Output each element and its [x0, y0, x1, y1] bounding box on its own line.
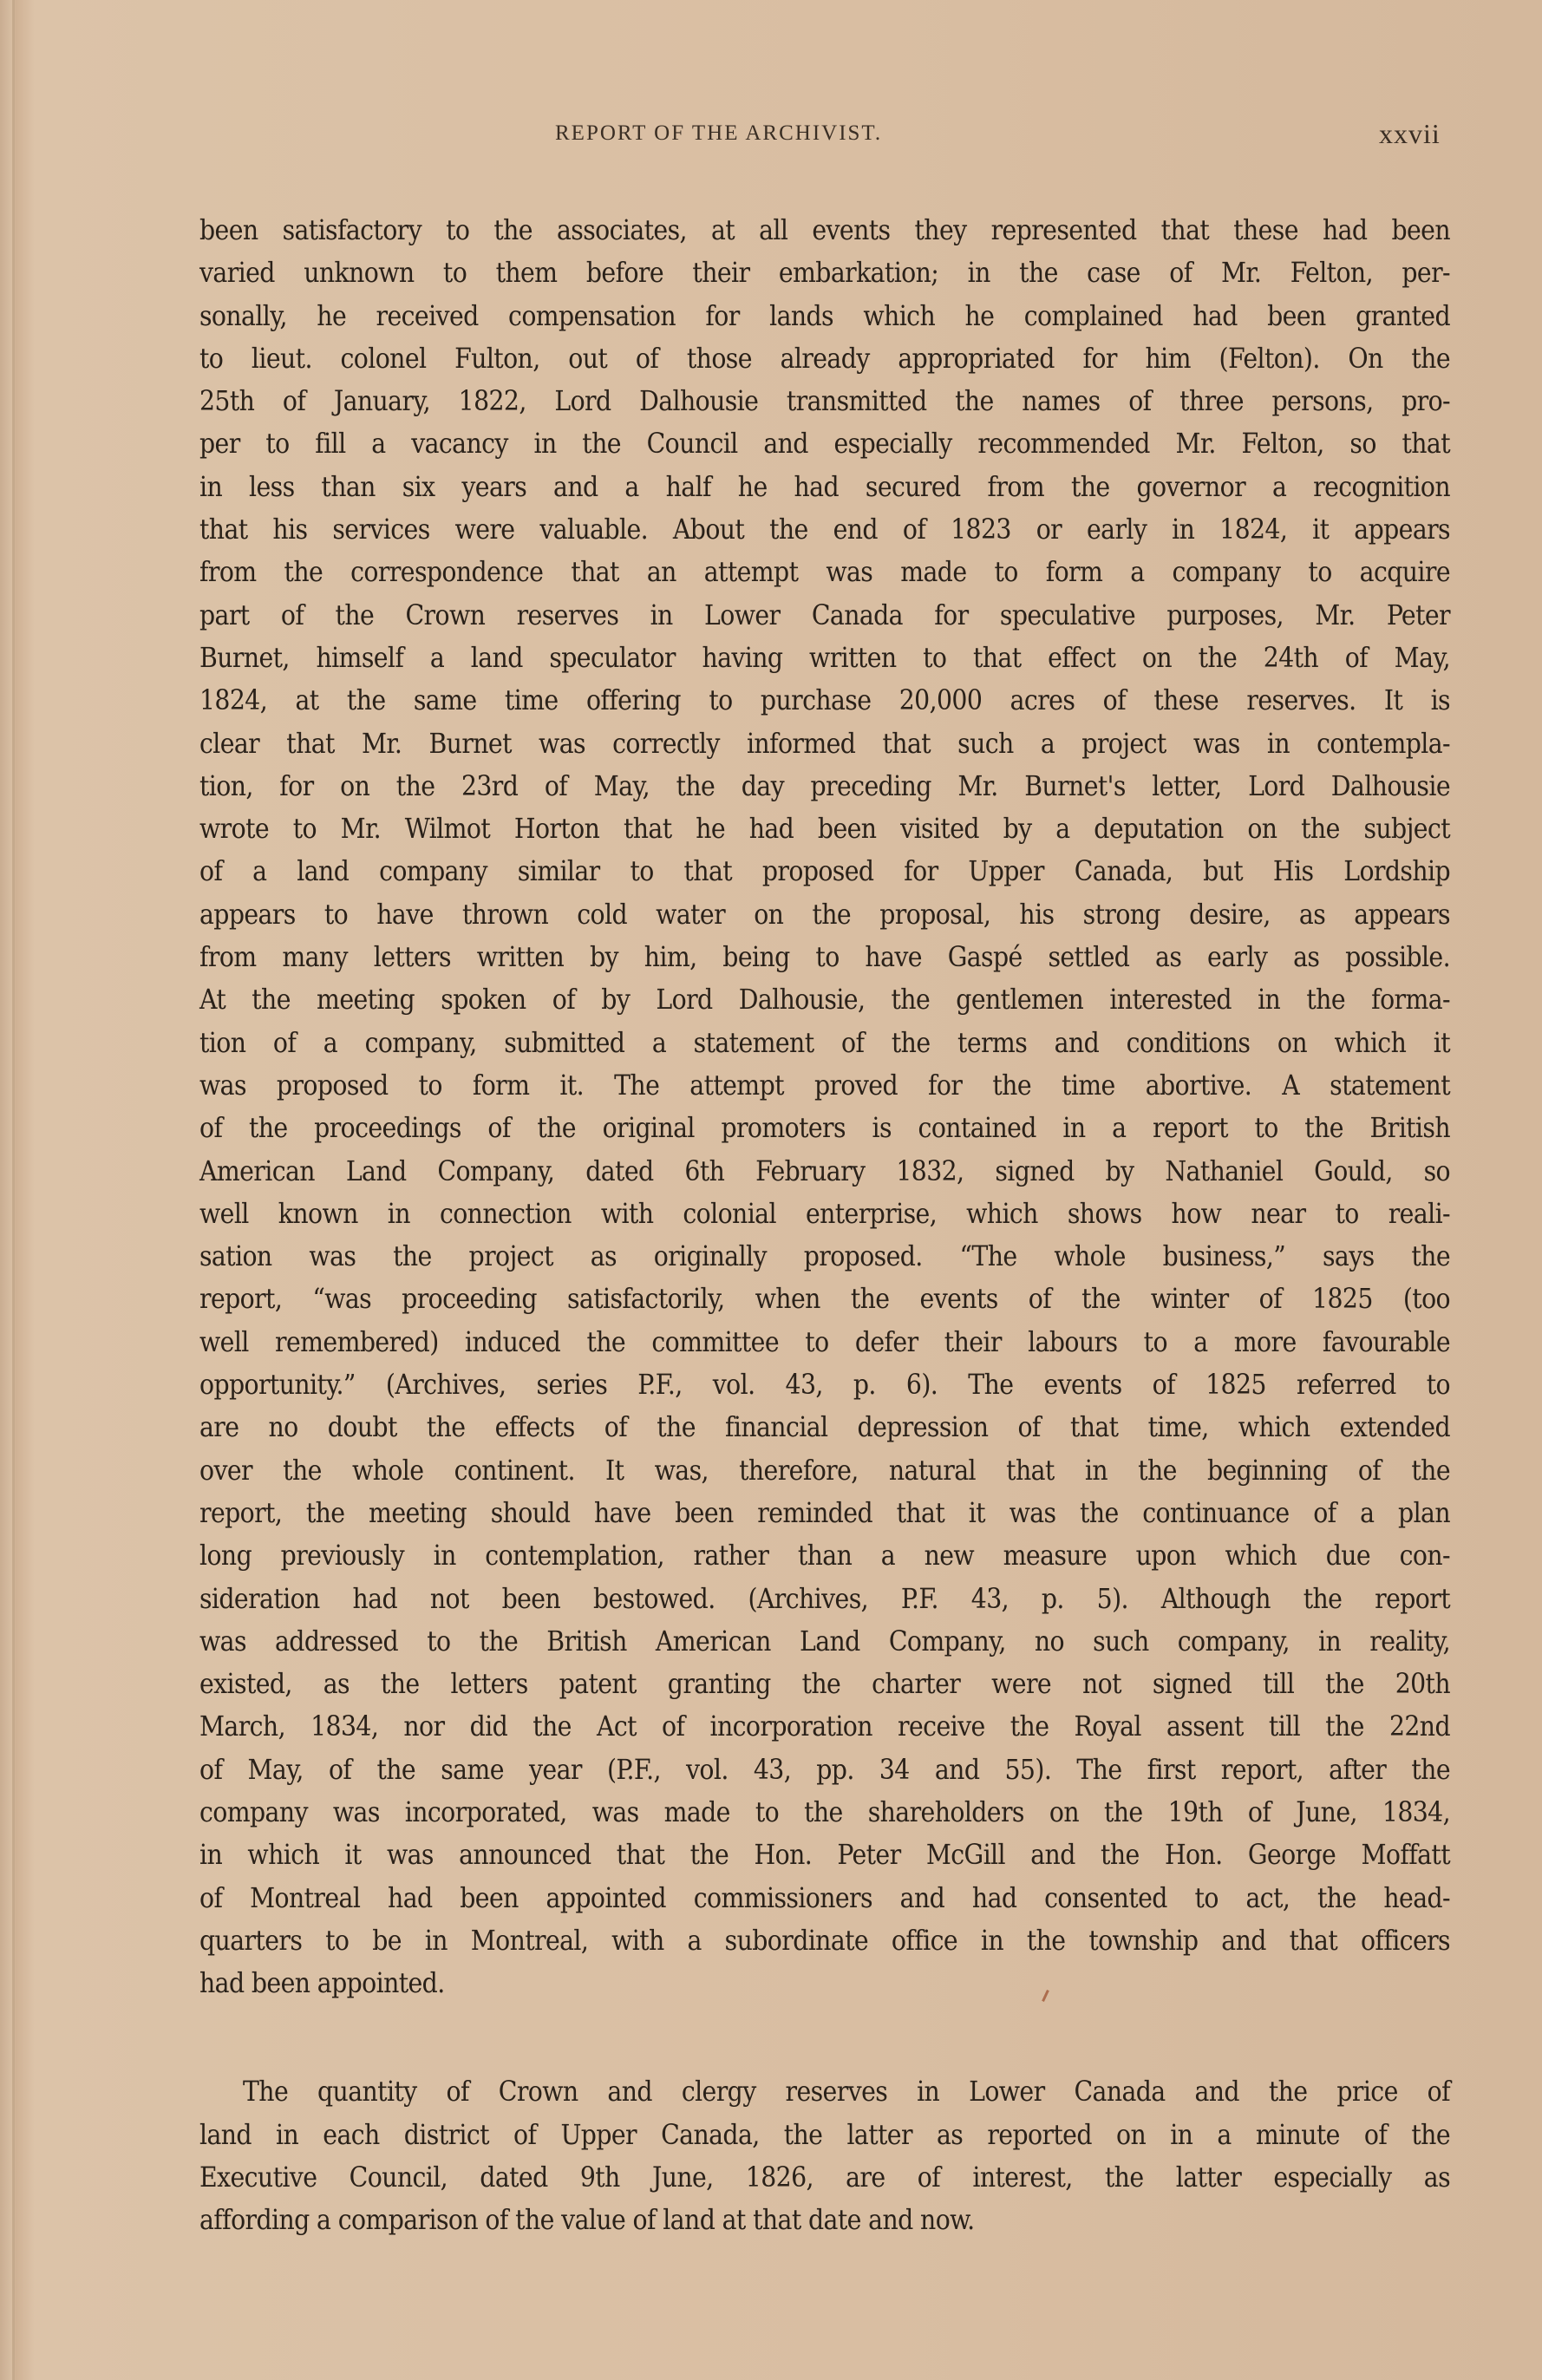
text-line: part of the Crown reserves in Lower Cana… — [199, 595, 1450, 637]
page-header: REPORT OF THE ARCHIVIST. xxvii — [0, 121, 1542, 156]
text-line: in less than six years and a half he had… — [199, 467, 1450, 509]
body-text: been satisfactory to the associates, at … — [199, 210, 1450, 2243]
text-line: from many letters written by him, being … — [199, 937, 1450, 979]
text-line: Executive Council, dated 9th June, 1826,… — [199, 2157, 1450, 2200]
text-line: sation was the project as originally pro… — [199, 1236, 1450, 1278]
text-line: well remembered) induced the committee t… — [199, 1322, 1450, 1364]
page-binding-edge — [12, 0, 15, 2380]
text-line: company was incorporated, was made to th… — [199, 1792, 1450, 1834]
text-line: was addressed to the British American La… — [199, 1621, 1450, 1664]
text-line: Burnet, himself a land speculator having… — [199, 637, 1450, 680]
text-line: opportunity.” (Archives, series P.F., vo… — [199, 1364, 1450, 1407]
text-line: March, 1834, nor did the Act of incorpor… — [199, 1706, 1450, 1749]
text-line: of Montreal had been appointed commissio… — [199, 1878, 1450, 1920]
page-number: xxvii — [1379, 118, 1441, 150]
text-line: are no doubt the effects of the financia… — [199, 1407, 1450, 1449]
text-line: over the whole continent. It was, theref… — [199, 1450, 1450, 1493]
text-line: land in each district of Upper Canada, t… — [199, 2115, 1450, 2157]
paragraph-spacer — [199, 2005, 1450, 2071]
text-line: American Land Company, dated 6th Februar… — [199, 1151, 1450, 1193]
text-line: was proposed to form it. The attempt pro… — [199, 1065, 1450, 1108]
paragraph-1: been satisfactory to the associates, at … — [199, 210, 1450, 2005]
text-line: tion, for on the 23rd of May, the day pr… — [199, 766, 1450, 808]
text-line: in which it was announced that the Hon. … — [199, 1834, 1450, 1877]
text-line: from the correspondence that an attempt … — [199, 552, 1450, 594]
text-line: of the proceedings of the original promo… — [199, 1108, 1450, 1150]
text-line: 1824, at the same time offering to purch… — [199, 680, 1450, 722]
text-line: well known in connection with colonial e… — [199, 1193, 1450, 1236]
text-line: had been appointed. — [199, 1963, 1450, 2005]
text-line: The quantity of Crown and clergy reserve… — [199, 2071, 1450, 2114]
text-line: appears to have thrown cold water on the… — [199, 894, 1450, 937]
running-title: REPORT OF THE ARCHIVIST. — [555, 121, 882, 146]
text-line: to lieut. colonel Fulton, out of those a… — [199, 338, 1450, 381]
text-line: per to fill a vacancy in the Council and… — [199, 423, 1450, 466]
text-line: clear that Mr. Burnet was correctly info… — [199, 723, 1450, 766]
text-line: been satisfactory to the associates, at … — [199, 210, 1450, 252]
paragraph-2: The quantity of Crown and clergy reserve… — [199, 2071, 1450, 2242]
text-line: of May, of the same year (P.F., vol. 43,… — [199, 1749, 1450, 1792]
text-line: tion of a company, submitted a statement… — [199, 1023, 1450, 1065]
text-line: sideration had not been bestowed. (Archi… — [199, 1579, 1450, 1621]
text-line: existed, as the letters patent granting … — [199, 1664, 1450, 1706]
text-line: of a land company similar to that propos… — [199, 851, 1450, 893]
text-line: sonally, he received compensation for la… — [199, 296, 1450, 338]
text-line: varied unknown to them before their emba… — [199, 252, 1450, 295]
text-line: report, “was proceeding satisfactorily, … — [199, 1278, 1450, 1321]
text-line: long previously in contemplation, rather… — [199, 1535, 1450, 1578]
text-line: 25th of January, 1822, Lord Dalhousie tr… — [199, 381, 1450, 423]
text-line: quarters to be in Montreal, with a subor… — [199, 1920, 1450, 1963]
book-page: REPORT OF THE ARCHIVIST. xxvii been sati… — [0, 0, 1542, 2380]
text-line: that his services were valuable. About t… — [199, 509, 1450, 552]
text-line: At the meeting spoken of by Lord Dalhous… — [199, 979, 1450, 1022]
text-line: affording a comparison of the value of l… — [199, 2200, 1450, 2242]
text-line: wrote to Mr. Wilmot Horton that he had b… — [199, 808, 1450, 851]
text-line: report, the meeting should have been rem… — [199, 1493, 1450, 1535]
